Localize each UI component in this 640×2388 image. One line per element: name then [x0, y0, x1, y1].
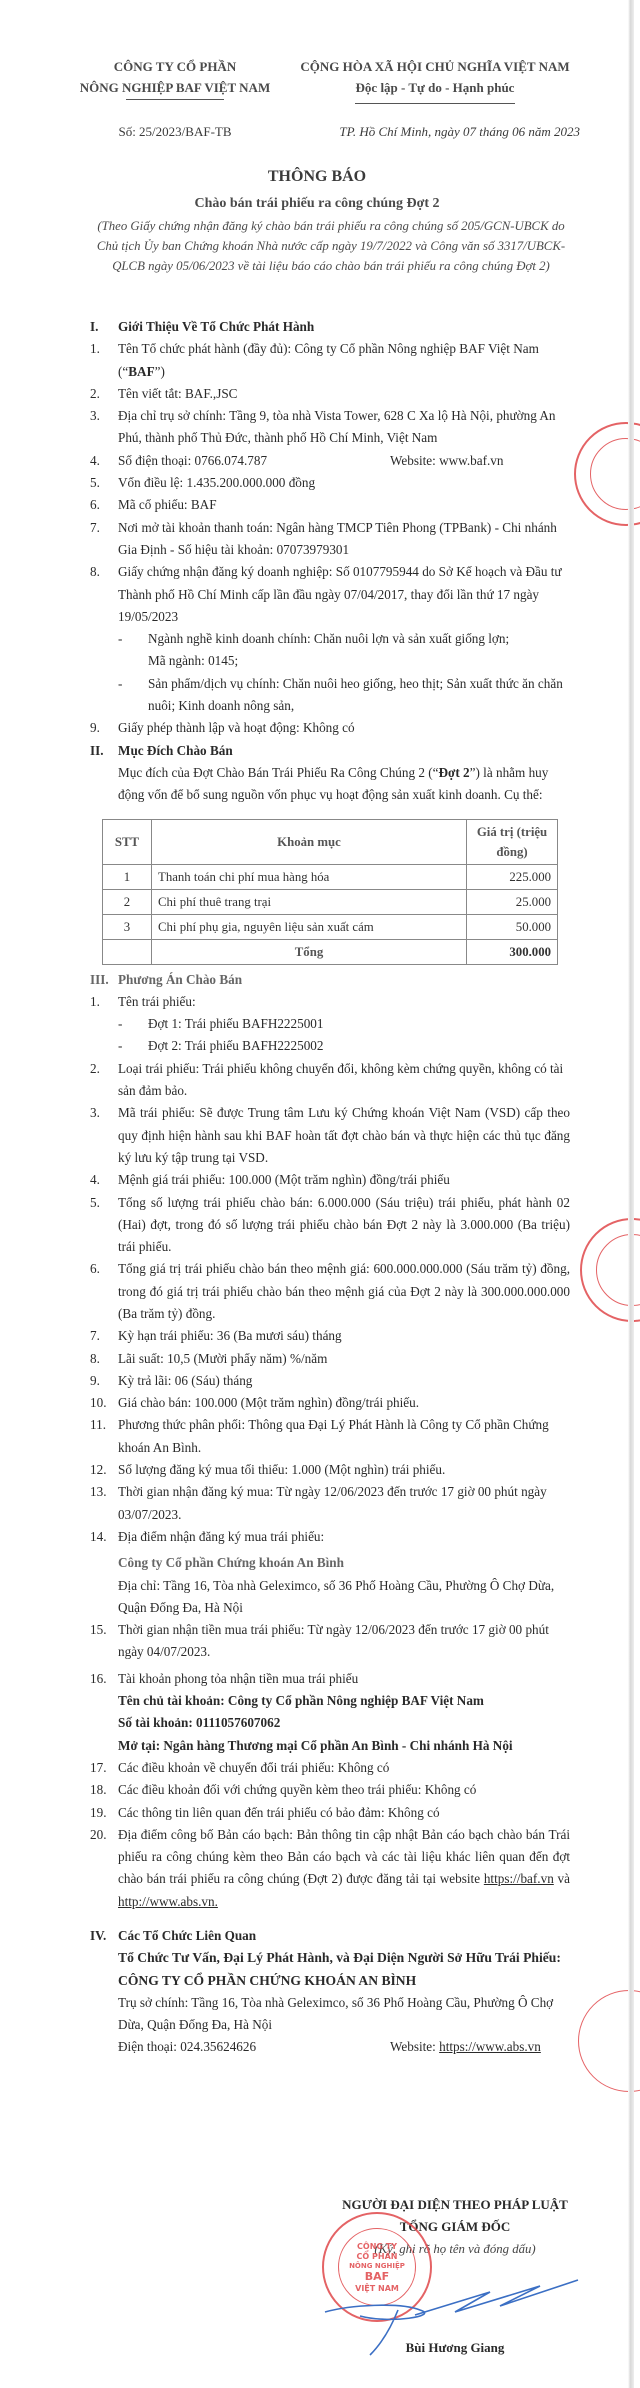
list-item: 1. Tên Tổ chức phát hành (đầy đủ): Công …	[90, 338, 570, 383]
item-number: 2.	[90, 383, 118, 405]
bond-name: Đợt 2: Trái phiếu BAFH2225002	[148, 1035, 324, 1057]
item-number: 1.	[90, 991, 118, 1013]
sub-item: - Đợt 1: Trái phiếu BAFH2225001	[90, 1013, 570, 1035]
section-number: II.	[90, 740, 118, 762]
paragraph-text: Mục đích của Đợt Chào Bán Trái Phiếu Ra …	[118, 765, 439, 780]
sub-item-text: Mã ngành: 0145;	[148, 650, 509, 672]
issuer-website: Website: www.baf.vn	[390, 450, 570, 472]
item-number: 19.	[90, 1802, 118, 1824]
item-number: 3.	[90, 405, 118, 450]
item-text: Thời gian nhận đăng ký mua: Từ ngày 12/0…	[118, 1481, 570, 1526]
item-number: 2.	[90, 1058, 118, 1103]
item-number: 6.	[90, 494, 118, 516]
page-edge	[628, 0, 634, 2388]
list-item: 8. Lãi suất: 10,5 (Mười phẩy năm) %/năm	[90, 1348, 570, 1370]
item-text: Lãi suất: 10,5 (Mười phẩy năm) %/năm	[118, 1348, 570, 1370]
list-item: 9. Giấy phép thành lập và hoạt động: Khô…	[90, 717, 570, 739]
related-organization: Tổ Chức Tư Vấn, Đại Lý Phát Hành, và Đại…	[90, 1947, 570, 2058]
item-number: 5.	[90, 472, 118, 494]
cell-value: 225.000	[467, 864, 558, 889]
item-number: 14.	[90, 1526, 118, 1548]
section-heading: IV. Các Tổ Chức Liên Quan	[90, 1925, 570, 1947]
item-number: 15.	[90, 1619, 118, 1664]
item-text: Kỳ hạn trái phiếu: 36 (Ba mươi sáu) thán…	[118, 1325, 570, 1347]
column-header: Giá trị (triệu đồng)	[467, 819, 558, 864]
section-title: Phương Án Chào Bán	[118, 969, 242, 991]
sub-item: - Sản phẩm/dịch vụ chính: Chăn nuôi heo …	[90, 673, 570, 718]
list-item: 12. Số lượng đăng ký mua tối thiểu: 1.00…	[90, 1459, 570, 1481]
national-header: CỘNG HÒA XÃ HỘI CHỦ NGHĨA VIỆT NAM Độc l…	[280, 56, 590, 104]
item-text: Mã trái phiếu: Sẽ được Trung tâm Lưu ký …	[118, 1102, 570, 1169]
item-text: Tổng số lượng trái phiếu chào bán: 6.000…	[118, 1192, 570, 1259]
item-number: 12.	[90, 1459, 118, 1481]
list-item: 18. Các điều khoản đối với chứng quyền k…	[90, 1779, 570, 1801]
dash-bullet: -	[118, 628, 148, 673]
item-number: 4.	[90, 450, 118, 472]
issuer-name-line1: CÔNG TY CỔ PHẦN	[60, 56, 290, 77]
document-title: THÔNG BÁO Chào bán trái phiếu ra công ch…	[0, 168, 634, 212]
list-item: 10. Giá chào bán: 100.000 (Một trăm nghì…	[90, 1392, 570, 1414]
item-text: Giấy phép thành lập và hoạt động: Không …	[118, 717, 570, 739]
motto-underline	[355, 103, 515, 104]
list-item: 14. Địa điểm nhận đăng ký mua trái phiếu…	[90, 1526, 570, 1548]
section-title: Mục Đích Chào Bán	[118, 740, 233, 762]
use-of-proceeds-table: STT Khoản mục Giá trị (triệu đồng) 1 Tha…	[102, 819, 558, 965]
cell-value: 25.000	[467, 889, 558, 914]
organization-address: Trụ sở chính: Tầng 16, Tòa nhà Geleximco…	[118, 1992, 570, 2037]
item-text: Các điều khoản về chuyển đổi trái phiếu:…	[118, 1757, 570, 1779]
list-item: 19. Các thông tin liên quan đến trái phi…	[90, 1802, 570, 1824]
list-item: 17. Các điều khoản về chuyển đổi trái ph…	[90, 1757, 570, 1779]
cell-stt: 1	[103, 864, 152, 889]
item-text: Địa chỉ trụ sở chính: Tầng 9, tòa nhà Vi…	[118, 405, 570, 450]
account-number: Số tài khoản: 0111057607062	[118, 1712, 570, 1734]
item-text: Kỳ trả lãi: 06 (Sáu) tháng	[118, 1370, 570, 1392]
item-number: 9.	[90, 1370, 118, 1392]
document-page: CÔNG TY CỔ PHẦN NÔNG NGHIỆP BAF VIỆT NAM…	[0, 0, 634, 2388]
dash-bullet: -	[118, 1013, 148, 1035]
item-text: Tên trái phiếu:	[118, 991, 570, 1013]
item-text: Giá chào bán: 100.000 (Một trăm nghìn) đ…	[118, 1392, 570, 1414]
item-text: Tổng giá trị trái phiếu chào bán theo mệ…	[118, 1258, 570, 1325]
list-item: 4. Mệnh giá trái phiếu: 100.000 (Một tră…	[90, 1169, 570, 1191]
item-text: Vốn điều lệ: 1.435.200.000.000 đồng	[118, 472, 570, 494]
section-number: IV.	[90, 1925, 118, 1947]
header-underline	[126, 99, 224, 100]
section-number: I.	[90, 316, 118, 338]
item-number: 8.	[90, 1348, 118, 1370]
item-text: Mệnh giá trái phiếu: 100.000 (Một trăm n…	[118, 1169, 570, 1191]
sub-item-text: Sản phẩm/dịch vụ chính: Chăn nuôi heo gi…	[148, 673, 570, 718]
section-heading: III. Phương Án Chào Bán	[90, 969, 570, 991]
item-text: Thời gian nhận tiền mua trái phiếu: Từ n…	[118, 1619, 570, 1664]
cell-item: Chi phí phụ gia, nguyên liệu sản xuất cá…	[152, 914, 467, 939]
cell-item: Thanh toán chi phí mua hàng hóa	[152, 864, 467, 889]
legal-basis-note: (Theo Giấy chứng nhận đăng ký chào bán t…	[96, 216, 566, 276]
total-value: 300.000	[467, 939, 558, 964]
cell-value: 50.000	[467, 914, 558, 939]
item-text: Số lượng đăng ký mua tối thiểu: 1.000 (M…	[118, 1459, 570, 1481]
item-text: Giấy chứng nhận đăng ký doanh nghiệp: Số…	[118, 561, 570, 628]
item-number: 7.	[90, 517, 118, 562]
list-item: 7. Kỳ hạn trái phiếu: 36 (Ba mươi sáu) t…	[90, 1325, 570, 1347]
bond-name: Đợt 1: Trái phiếu BAFH2225001	[148, 1013, 324, 1035]
list-item: 16. Tài khoản phong tỏa nhận tiền mua tr…	[90, 1668, 570, 1690]
list-item: 3. Mã trái phiếu: Sẽ được Trung tâm Lưu …	[90, 1102, 570, 1169]
list-item: 4. Số điện thoại: 0766.074.787 Website: …	[90, 450, 570, 472]
table-row: 1 Thanh toán chi phí mua hàng hóa 225.00…	[103, 864, 558, 889]
list-item: 8. Giấy chứng nhận đăng ký doanh nghiệp:…	[90, 561, 570, 628]
list-item: 6. Tổng giá trị trái phiếu chào bán theo…	[90, 1258, 570, 1325]
section-title: Các Tổ Chức Liên Quan	[118, 1925, 256, 1947]
item-number: 8.	[90, 561, 118, 628]
organization-website-link[interactable]: https://www.abs.vn	[439, 2039, 541, 2054]
item-number: 10.	[90, 1392, 118, 1414]
table-row: 3 Chi phí phụ gia, nguyên liệu sản xuất …	[103, 914, 558, 939]
purpose-paragraph: Mục đích của Đợt Chào Bán Trái Phiếu Ra …	[90, 762, 570, 807]
registration-place: Công ty Cổ phần Chứng khoán An Bình Địa …	[90, 1552, 570, 1619]
cell-stt: 3	[103, 914, 152, 939]
dash-bullet: -	[118, 1035, 148, 1057]
table-total-row: Tổng 300.000	[103, 939, 558, 964]
website-label: Website:	[390, 2039, 439, 2054]
item-number: 1.	[90, 338, 118, 383]
list-item: 5. Vốn điều lệ: 1.435.200.000.000 đồng	[90, 472, 570, 494]
item-text-end: ”)	[155, 364, 165, 379]
item-number: 13.	[90, 1481, 118, 1526]
list-item: 9. Kỳ trả lãi: 06 (Sáu) tháng	[90, 1370, 570, 1392]
item-text: Các thông tin liên quan đến trái phiếu c…	[118, 1802, 570, 1824]
abs-website-link[interactable]: http://www.abs.vn.	[118, 1894, 218, 1909]
document-number: Số: 25/2023/BAF-TB	[60, 124, 290, 140]
national-motto: Độc lập - Tự do - Hạnh phúc	[280, 77, 590, 98]
item-text: và	[554, 1871, 570, 1886]
issuer-name-line2: NÔNG NGHIỆP BAF VIỆT NAM	[60, 77, 290, 98]
cell-item: Chi phí thuê trang trại	[152, 889, 467, 914]
item-number: 17.	[90, 1757, 118, 1779]
item-text: Phương thức phân phối: Thông qua Đại Lý …	[118, 1414, 570, 1459]
item-text: Mã cổ phiếu: BAF	[118, 494, 570, 516]
account-holder: Tên chủ tài khoản: Công ty Cổ phần Nông …	[118, 1690, 570, 1712]
item-text: Địa điểm nhận đăng ký mua trái phiếu:	[118, 1526, 570, 1548]
baf-website-link[interactable]: https://baf.vn	[484, 1871, 554, 1886]
item-number: 5.	[90, 1192, 118, 1259]
item-text: Loại trái phiếu: Trái phiếu không chuyển…	[118, 1058, 570, 1103]
section-number: III.	[90, 969, 118, 991]
item-number: 18.	[90, 1779, 118, 1801]
item-number: 3.	[90, 1102, 118, 1169]
issuer-phone: Số điện thoại: 0766.074.787	[118, 450, 267, 472]
section-title: Giới Thiệu Về Tổ Chức Phát Hành	[118, 316, 314, 338]
handwritten-signature	[320, 2250, 580, 2360]
sub-item-text: Ngành nghề kinh doanh chính: Chăn nuôi l…	[148, 628, 509, 650]
list-item: 3. Địa chỉ trụ sở chính: Tầng 9, tòa nhà…	[90, 405, 570, 450]
item-number: 9.	[90, 717, 118, 739]
item-text: Nơi mở tài khoản thanh toán: Ngân hàng T…	[118, 517, 570, 562]
table-row: 2 Chi phí thuê trang trại 25.000	[103, 889, 558, 914]
dash-bullet: -	[118, 673, 148, 718]
document-date: TP. Hồ Chí Minh, ngày 07 tháng 06 năm 20…	[300, 124, 580, 140]
item-number: 4.	[90, 1169, 118, 1191]
tranche-label: Đợt 2	[439, 765, 470, 780]
organization-role: Tổ Chức Tư Vấn, Đại Lý Phát Hành, và Đại…	[118, 1947, 570, 1969]
registration-company: Công ty Cổ phần Chứng khoán An Bình	[118, 1552, 570, 1574]
list-item: 15. Thời gian nhận tiền mua trái phiếu: …	[90, 1619, 570, 1664]
table-header-row: STT Khoản mục Giá trị (triệu đồng)	[103, 819, 558, 864]
list-item: 11. Phương thức phân phối: Thông qua Đại…	[90, 1414, 570, 1459]
escrow-account: Tên chủ tài khoản: Công ty Cổ phần Nông …	[90, 1690, 570, 1757]
item-text: Tên viết tắt: BAF.,JSC	[118, 383, 570, 405]
list-item: 6. Mã cổ phiếu: BAF	[90, 494, 570, 516]
column-header: Khoản mục	[152, 819, 467, 864]
item-number: 16.	[90, 1668, 118, 1690]
organization-phone: Điện thoại: 024.35624626	[118, 2036, 256, 2058]
total-label: Tổng	[152, 939, 467, 964]
sub-item: - Đợt 2: Trái phiếu BAFH2225002	[90, 1035, 570, 1057]
cell-stt: 2	[103, 889, 152, 914]
column-header: STT	[103, 819, 152, 864]
section-heading: II. Mục Đích Chào Bán	[90, 740, 570, 762]
item-abbrev: BAF	[128, 364, 154, 379]
list-item: 7. Nơi mở tài khoản thanh toán: Ngân hàn…	[90, 517, 570, 562]
list-item: 2. Tên viết tắt: BAF.,JSC	[90, 383, 570, 405]
item-text: Các điều khoản đối với chứng quyền kèm t…	[118, 1779, 570, 1801]
list-item: 1. Tên trái phiếu:	[90, 991, 570, 1013]
document-body: I. Giới Thiệu Về Tổ Chức Phát Hành 1. Tê…	[90, 316, 570, 2059]
list-item: 13. Thời gian nhận đăng ký mua: Từ ngày …	[90, 1481, 570, 1526]
account-bank: Mở tại: Ngân hàng Thương mại Cổ phần An …	[118, 1735, 570, 1757]
document-subtitle: Chào bán trái phiếu ra công chúng Đợt 2	[0, 196, 634, 212]
title-text: THÔNG BÁO	[0, 168, 634, 186]
national-title: CỘNG HÒA XÃ HỘI CHỦ NGHĨA VIỆT NAM	[280, 56, 590, 77]
section-heading: I. Giới Thiệu Về Tổ Chức Phát Hành	[90, 316, 570, 338]
list-item: 2. Loại trái phiếu: Trái phiếu không chu…	[90, 1058, 570, 1103]
item-text: Tên Tổ chức phát hành (đầy đủ): Công ty …	[118, 341, 539, 378]
item-number: 7.	[90, 1325, 118, 1347]
organization-name: CÔNG TY CỔ PHẦN CHỨNG KHOÁN AN BÌNH	[118, 1970, 570, 1992]
registration-address: Địa chỉ: Tầng 16, Tòa nhà Geleximco, số …	[118, 1575, 570, 1620]
issuer-header: CÔNG TY CỔ PHẦN NÔNG NGHIỆP BAF VIỆT NAM	[60, 56, 290, 100]
item-number: 6.	[90, 1258, 118, 1325]
list-item: 5. Tổng số lượng trái phiếu chào bán: 6.…	[90, 1192, 570, 1259]
item-text: Tài khoản phong tỏa nhận tiền mua trái p…	[118, 1668, 570, 1690]
item-number: 20.	[90, 1824, 118, 1913]
cell-empty	[103, 939, 152, 964]
sub-item: - Ngành nghề kinh doanh chính: Chăn nuôi…	[90, 628, 570, 673]
item-number: 11.	[90, 1414, 118, 1459]
list-item: 20. Địa điểm công bố Bản cáo bạch: Bản t…	[90, 1824, 570, 1913]
